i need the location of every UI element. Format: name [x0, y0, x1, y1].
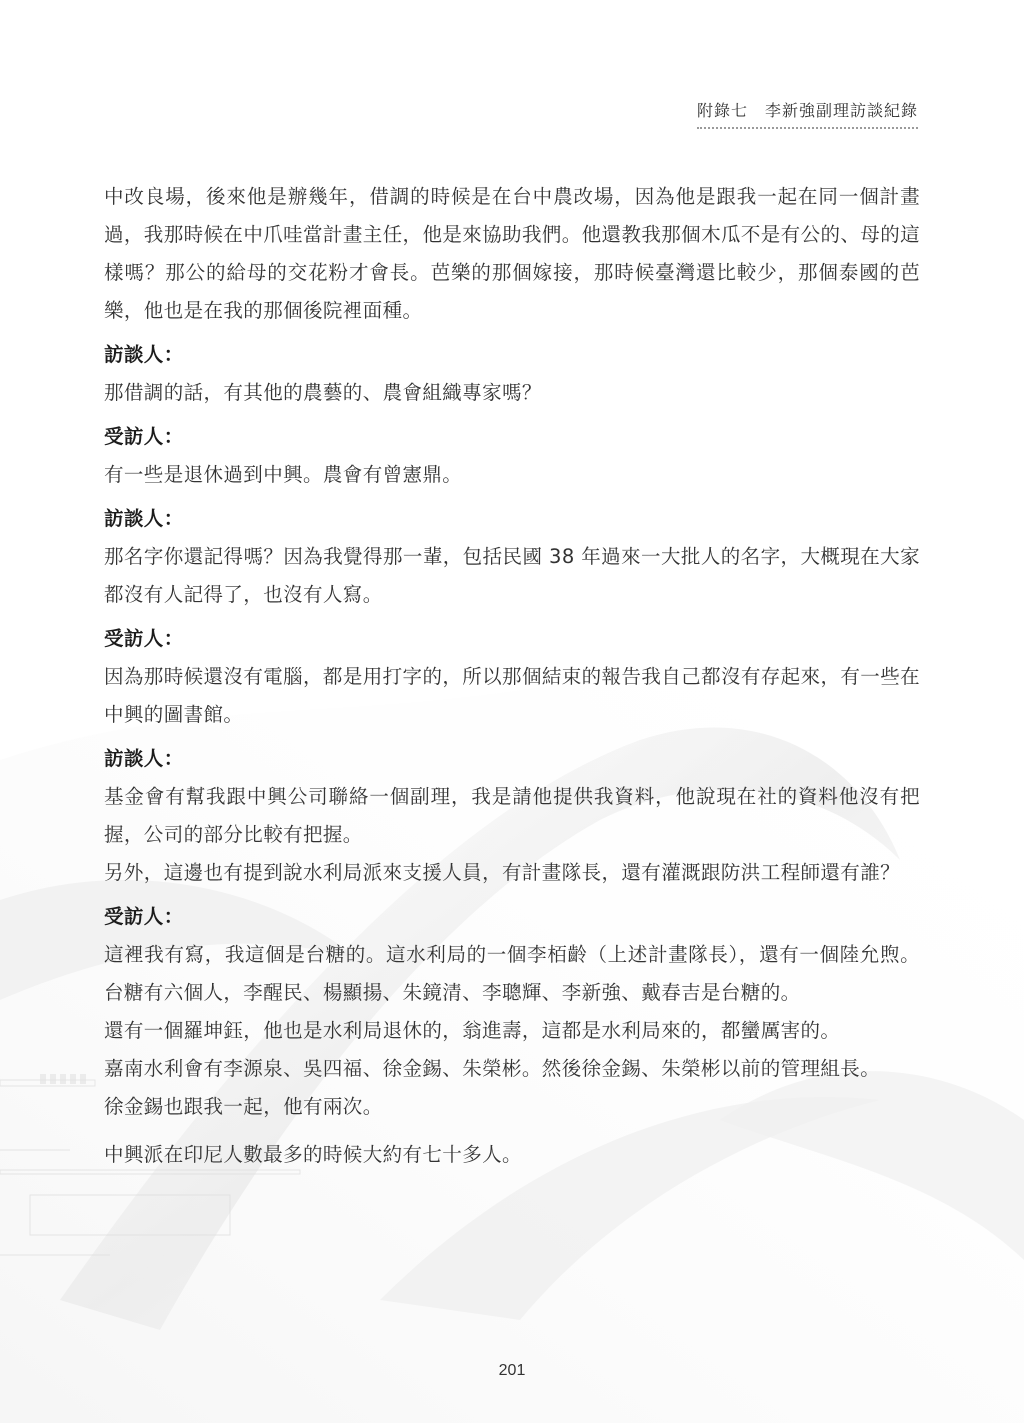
paragraph: 這裡我有寫，我這個是台糖的。這水利局的一個李栢齡（上述計畫隊長），還有一個陸允煦… [104, 936, 920, 1012]
paragraph: 因為那時候還沒有電腦，都是用打字的，所以那個結束的報告我自己都沒有存起來，有一些… [104, 658, 920, 734]
paragraph: 那借調的話，有其他的農藝的、農會組織專家嗎？ [104, 374, 920, 412]
speaker-label-interviewer: 訪談人： [104, 740, 920, 778]
speaker-label-interviewee: 受訪人： [104, 418, 920, 456]
paragraph: 那名字你還記得嗎？因為我覺得那一輩，包括民國 38 年過來一大批人的名字，大概現… [104, 538, 920, 614]
paragraph: 嘉南水利會有李源泉、吳四福、徐金錫、朱榮彬。然後徐金錫、朱榮彬以前的管理組長。 [104, 1050, 920, 1088]
page-number: 201 [0, 1362, 1024, 1380]
running-header-title: 附錄七 李新強副理訪談紀錄 [697, 98, 918, 129]
speaker-label-interviewer: 訪談人： [104, 500, 920, 538]
speaker-label-interviewee: 受訪人： [104, 620, 920, 658]
paragraph: 有一些是退休過到中興。農會有曾憲鼎。 [104, 456, 920, 494]
speaker-label-interviewer: 訪談人： [104, 336, 920, 374]
paragraph: 中改良場，後來他是辦幾年，借調的時候是在台中農改場，因為他是跟我一起在同一個計畫… [104, 178, 920, 330]
paragraph: 中興派在印尼人數最多的時候大約有七十多人。 [104, 1136, 920, 1174]
paragraph: 徐金錫也跟我一起，他有兩次。 [104, 1088, 920, 1126]
paragraph: 基金會有幫我跟中興公司聯絡一個副理，我是請他提供我資料，他說現在社的資料他沒有把… [104, 778, 920, 854]
paragraph: 另外，這邊也有提到說水利局派來支援人員，有計畫隊長，還有灌溉跟防洪工程師還有誰？ [104, 854, 920, 892]
document-page: 附錄七 李新強副理訪談紀錄 中改良場，後來他是辦幾年，借調的時候是在台中農改場，… [0, 0, 1024, 1423]
paragraph: 還有一個羅坤鈺，他也是水利局退休的，翁進壽，這都是水利局來的，都蠻厲害的。 [104, 1012, 920, 1050]
speaker-label-interviewee: 受訪人： [104, 898, 920, 936]
running-header: 附錄七 李新強副理訪談紀錄 [697, 98, 918, 129]
interview-transcript: 中改良場，後來他是辦幾年，借調的時候是在台中農改場，因為他是跟我一起在同一個計畫… [104, 178, 920, 1174]
